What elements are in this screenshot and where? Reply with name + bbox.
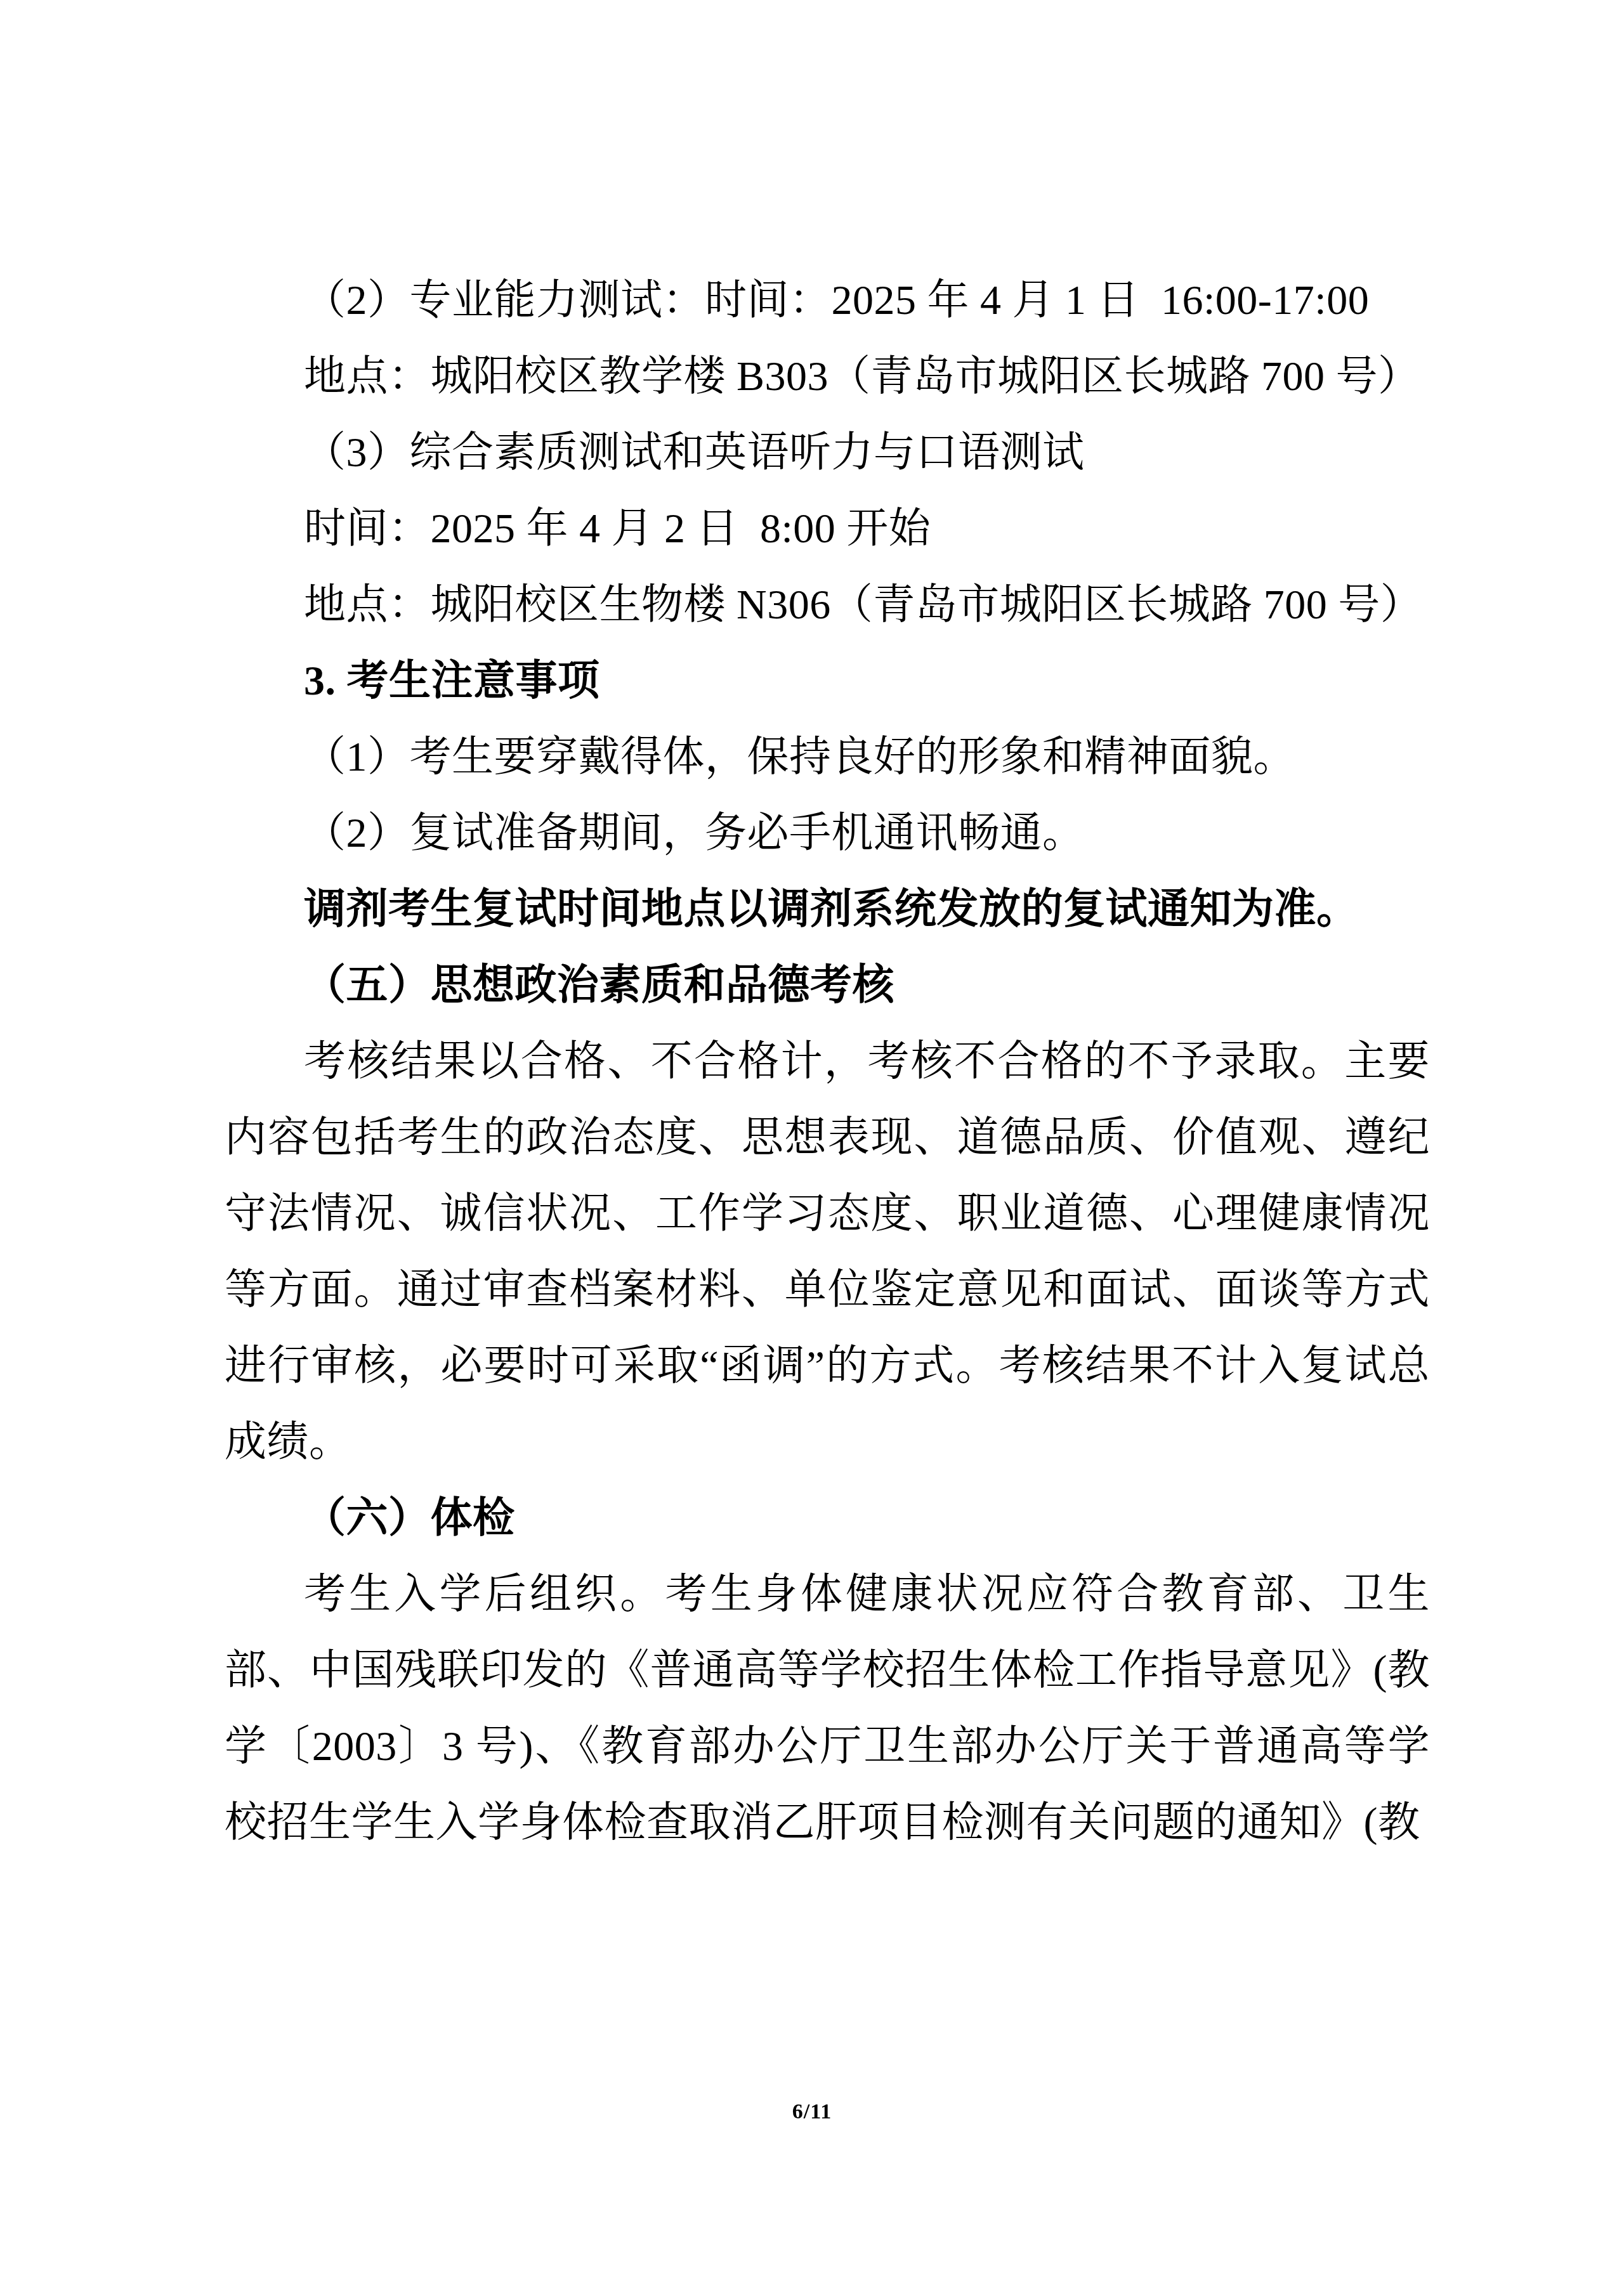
document-paragraph: （2）专业能力测试：时间：2025 年 4 月 1 日 16:00-17:00 xyxy=(225,263,1430,339)
page-footer: 6/11 xyxy=(0,2098,1624,2130)
document-paragraph: 地点：城阳校区教学楼 B303（青岛市城阳区长城路 700 号） xyxy=(225,339,1430,415)
document-paragraph: （2）复试准备期间，务必手机通讯畅通。 xyxy=(225,795,1430,871)
document-body: （2）专业能力测试：时间：2025 年 4 月 1 日 16:00-17:00 … xyxy=(225,263,1430,1861)
document-page: （2）专业能力测试：时间：2025 年 4 月 1 日 16:00-17:00 … xyxy=(0,0,1624,2296)
section-heading: （六）体检 xyxy=(225,1480,1430,1556)
emphasis-note: 调剂考生复试时间地点以调剂系统发放的复试通知为准。 xyxy=(225,871,1430,948)
numbered-section-heading: 3. 考生注意事项 xyxy=(225,643,1430,719)
document-paragraph: （1）考生要穿戴得体，保持良好的形象和精神面貌。 xyxy=(225,719,1430,795)
section-heading: （五）思想政治素质和品德考核 xyxy=(225,948,1430,1024)
document-paragraph: 地点：城阳校区生物楼 N306（青岛市城阳区长城路 700 号） xyxy=(225,567,1430,643)
document-paragraph: 考生入学后组织。考生身体健康状况应符合教育部、卫生部、中国残联印发的《普通高等学… xyxy=(225,1556,1430,1861)
document-paragraph: （3）综合素质测试和英语听力与口语测试 xyxy=(225,415,1430,491)
page-number: 6/11 xyxy=(792,2100,832,2123)
document-paragraph: 时间：2025 年 4 月 2 日 8:00 开始 xyxy=(225,491,1430,567)
document-paragraph: 考核结果以合格、不合格计，考核不合格的不予录取。主要内容包括考生的政治态度、思想… xyxy=(225,1024,1430,1480)
